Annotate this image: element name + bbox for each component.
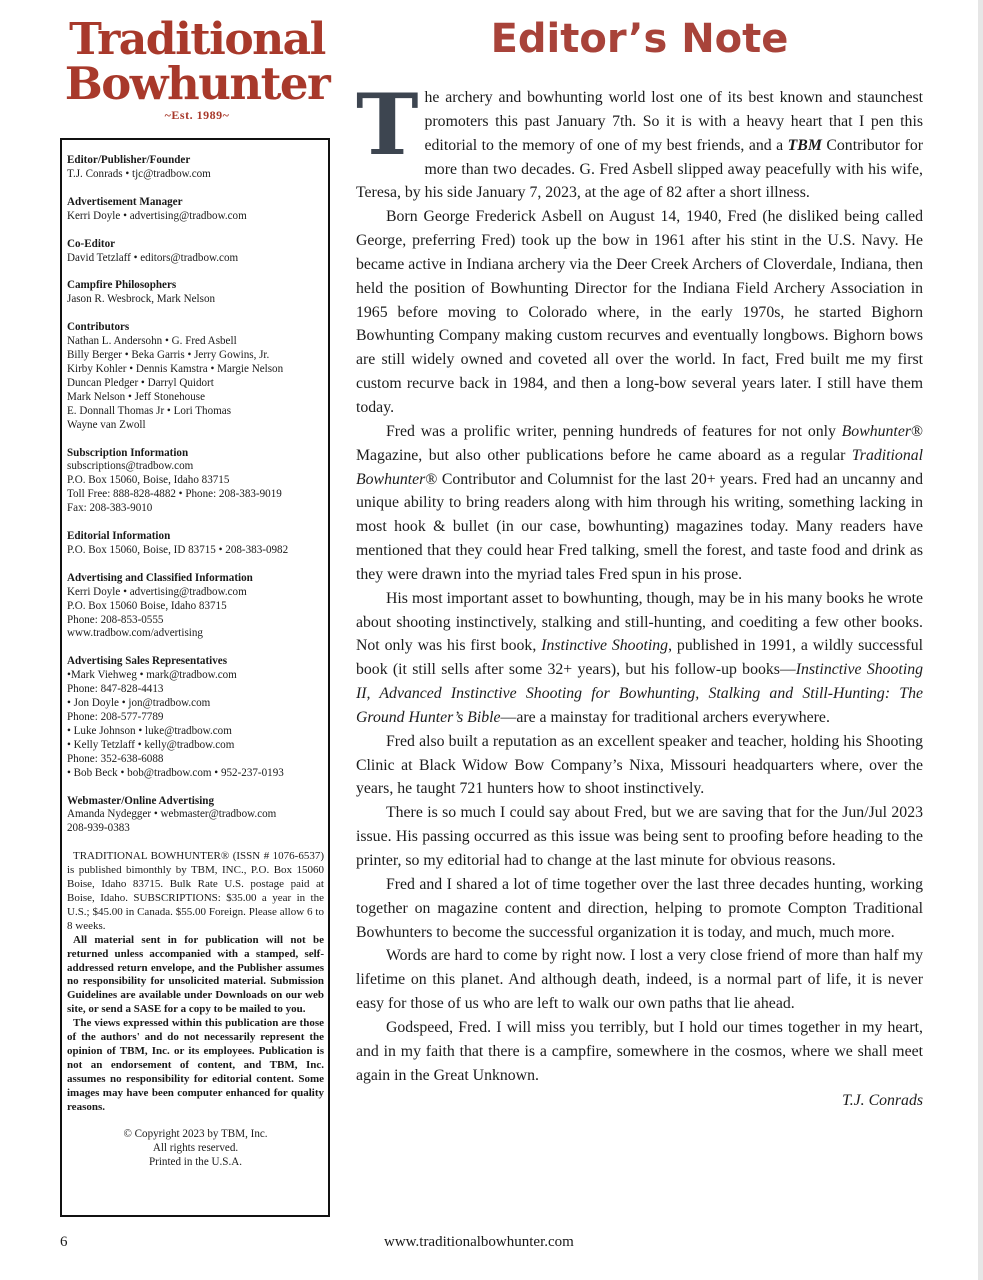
page-edge <box>978 0 983 1280</box>
section-heading: Advertising and Classified Information <box>67 572 324 586</box>
section-heading: Contributors <box>67 321 324 335</box>
section-line: Kerri Doyle • advertising@tradbow.com <box>67 586 324 600</box>
section-heading: Webmaster/Online Advertising <box>67 795 324 809</box>
section-line: subscriptions@tradbow.com <box>67 460 324 474</box>
paragraph-8: Words are hard to come by right now. I l… <box>356 944 923 1016</box>
masthead-section-editor: Editor/Publisher/Founder T.J. Conrads • … <box>67 154 324 182</box>
section-line: T.J. Conrads • tjc@tradbow.com <box>67 168 324 182</box>
section-line: www.tradbow.com/advertising <box>67 627 324 641</box>
logo-established: ~Est. 1989~ <box>58 108 336 123</box>
paragraph-3: Fred was a prolific writer, penning hund… <box>356 420 923 587</box>
masthead-section-advertising: Advertising and Classified Information K… <box>67 572 324 642</box>
magazine-logo: Traditional Bowhunter ~Est. 1989~ <box>58 18 336 123</box>
section-line: P.O. Box 15060, Boise, Idaho 83715 <box>67 474 324 488</box>
section-line: Kerri Doyle • advertising@tradbow.com <box>67 210 324 224</box>
masthead-section-subscription: Subscription Information subscriptions@t… <box>67 447 324 517</box>
logo-line-bowhunter: Bowhunter <box>58 62 336 106</box>
drop-cap: T <box>356 92 419 158</box>
paragraph-7: Fred and I shared a lot of time together… <box>356 873 923 945</box>
section-line: David Tetzlaff • editors@tradbow.com <box>67 252 324 266</box>
section-line: • Bob Beck • bob@tradbow.com • 952-237-0… <box>67 767 324 781</box>
footer-url[interactable]: www.traditionalbowhunter.com <box>384 1234 574 1251</box>
masthead-section-editorial: Editorial Information P.O. Box 15060, Bo… <box>67 530 324 558</box>
page-title: Editor’s Note <box>356 14 923 64</box>
section-heading: Advertising Sales Representatives <box>67 655 324 669</box>
section-heading: Advertisement Manager <box>67 196 324 210</box>
section-line: Jason R. Wesbrock, Mark Nelson <box>67 293 324 307</box>
paragraph-5: Fred also built a reputation as an excel… <box>356 730 923 802</box>
text-run: Fred was a prolific writer, penning hund… <box>386 423 842 440</box>
masthead-section-sales-reps: Advertising Sales Representatives •Mark … <box>67 655 324 780</box>
section-heading: Subscription Information <box>67 447 324 461</box>
copyright-block: © Copyright 2023 by TBM, Inc. All rights… <box>67 1128 324 1170</box>
submission-notice: All material sent in for publication wil… <box>67 934 324 1017</box>
paragraph-1: The archery and bowhunting world lost on… <box>356 86 923 205</box>
section-line: Mark Nelson • Jeff Stonehouse <box>67 391 324 405</box>
editorial-article: The archery and bowhunting world lost on… <box>356 86 923 1113</box>
section-line: Phone: 847-828-4413 <box>67 683 324 697</box>
section-line: P.O. Box 15060, Boise, ID 83715 • 208-38… <box>67 544 324 558</box>
copyright-line: © Copyright 2023 by TBM, Inc. <box>67 1128 324 1142</box>
section-line: Billy Berger • Beka Garris • Jerry Gowin… <box>67 349 324 363</box>
section-line: • Jon Doyle • jon@tradbow.com <box>67 697 324 711</box>
masthead-section-contributors: Contributors Nathan L. Andersohn • G. Fr… <box>67 321 324 432</box>
section-line: E. Donnall Thomas Jr • Lori Thomas <box>67 405 324 419</box>
section-line: Phone: 208-853-0555 <box>67 614 324 628</box>
section-line: Duncan Pledger • Darryl Quidort <box>67 377 324 391</box>
italic-title: Instinctive Shooting <box>541 637 668 654</box>
logo-line-traditional: Traditional <box>58 18 336 62</box>
section-line: Phone: 352-638-6088 <box>67 753 324 767</box>
publication-notice: TRADITIONAL BOWHUNTER® (ISSN # 1076-6537… <box>67 850 324 933</box>
section-line: Nathan L. Andersohn • G. Fred Asbell <box>67 335 324 349</box>
author-signature: T.J. Conrads <box>356 1089 923 1113</box>
paragraph-2: Born George Frederick Asbell on August 1… <box>356 205 923 420</box>
section-heading: Campfire Philosophers <box>67 279 324 293</box>
masthead-section-campfire: Campfire Philosophers Jason R. Wesbrock,… <box>67 279 324 307</box>
section-heading: Editor/Publisher/Founder <box>67 154 324 168</box>
tbm-emphasis: TBM <box>788 137 822 154</box>
section-line: Phone: 208-577-7789 <box>67 711 324 725</box>
section-line: Toll Free: 888-828-4882 • Phone: 208-383… <box>67 488 324 502</box>
page-number: 6 <box>60 1234 68 1251</box>
section-line: • Kelly Tetzlaff • kelly@tradbow.com <box>67 739 324 753</box>
section-line: •Mark Viehweg • mark@tradbow.com <box>67 669 324 683</box>
section-heading: Editorial Information <box>67 530 324 544</box>
text-run: —are a mainstay for traditional archers … <box>501 709 830 726</box>
section-line: Fax: 208-383-9010 <box>67 502 324 516</box>
rights-line: All rights reserved. <box>67 1142 324 1156</box>
masthead-section-co-editor: Co-Editor David Tetzlaff • editors@tradb… <box>67 238 324 266</box>
section-line: Wayne van Zwoll <box>67 419 324 433</box>
section-line: Amanda Nydegger • webmaster@tradbow.com <box>67 808 324 822</box>
section-line: Kirby Kohler • Dennis Kamstra • Margie N… <box>67 363 324 377</box>
italic-title: Bowhunter <box>842 423 911 440</box>
section-line: P.O. Box 15060 Boise, Idaho 83715 <box>67 600 324 614</box>
masthead-section-webmaster: Webmaster/Online Advertising Amanda Nyde… <box>67 795 324 837</box>
masthead-box: Editor/Publisher/Founder T.J. Conrads • … <box>60 138 330 1217</box>
section-heading: Co-Editor <box>67 238 324 252</box>
paragraph-6: There is so much I could say about Fred,… <box>356 801 923 873</box>
masthead-section-ad-manager: Advertisement Manager Kerri Doyle • adve… <box>67 196 324 224</box>
disclaimer-notice: The views expressed within this publicat… <box>67 1017 324 1114</box>
section-line: • Luke Johnson • luke@tradbow.com <box>67 725 324 739</box>
section-line: 208-939-0383 <box>67 822 324 836</box>
text-run: ® Contributor and Columnist for the last… <box>356 471 923 583</box>
paragraph-4: His most important asset to bowhunting, … <box>356 587 923 730</box>
printed-line: Printed in the U.S.A. <box>67 1156 324 1170</box>
paragraph-9: Godspeed, Fred. I will miss you terribly… <box>356 1016 923 1088</box>
